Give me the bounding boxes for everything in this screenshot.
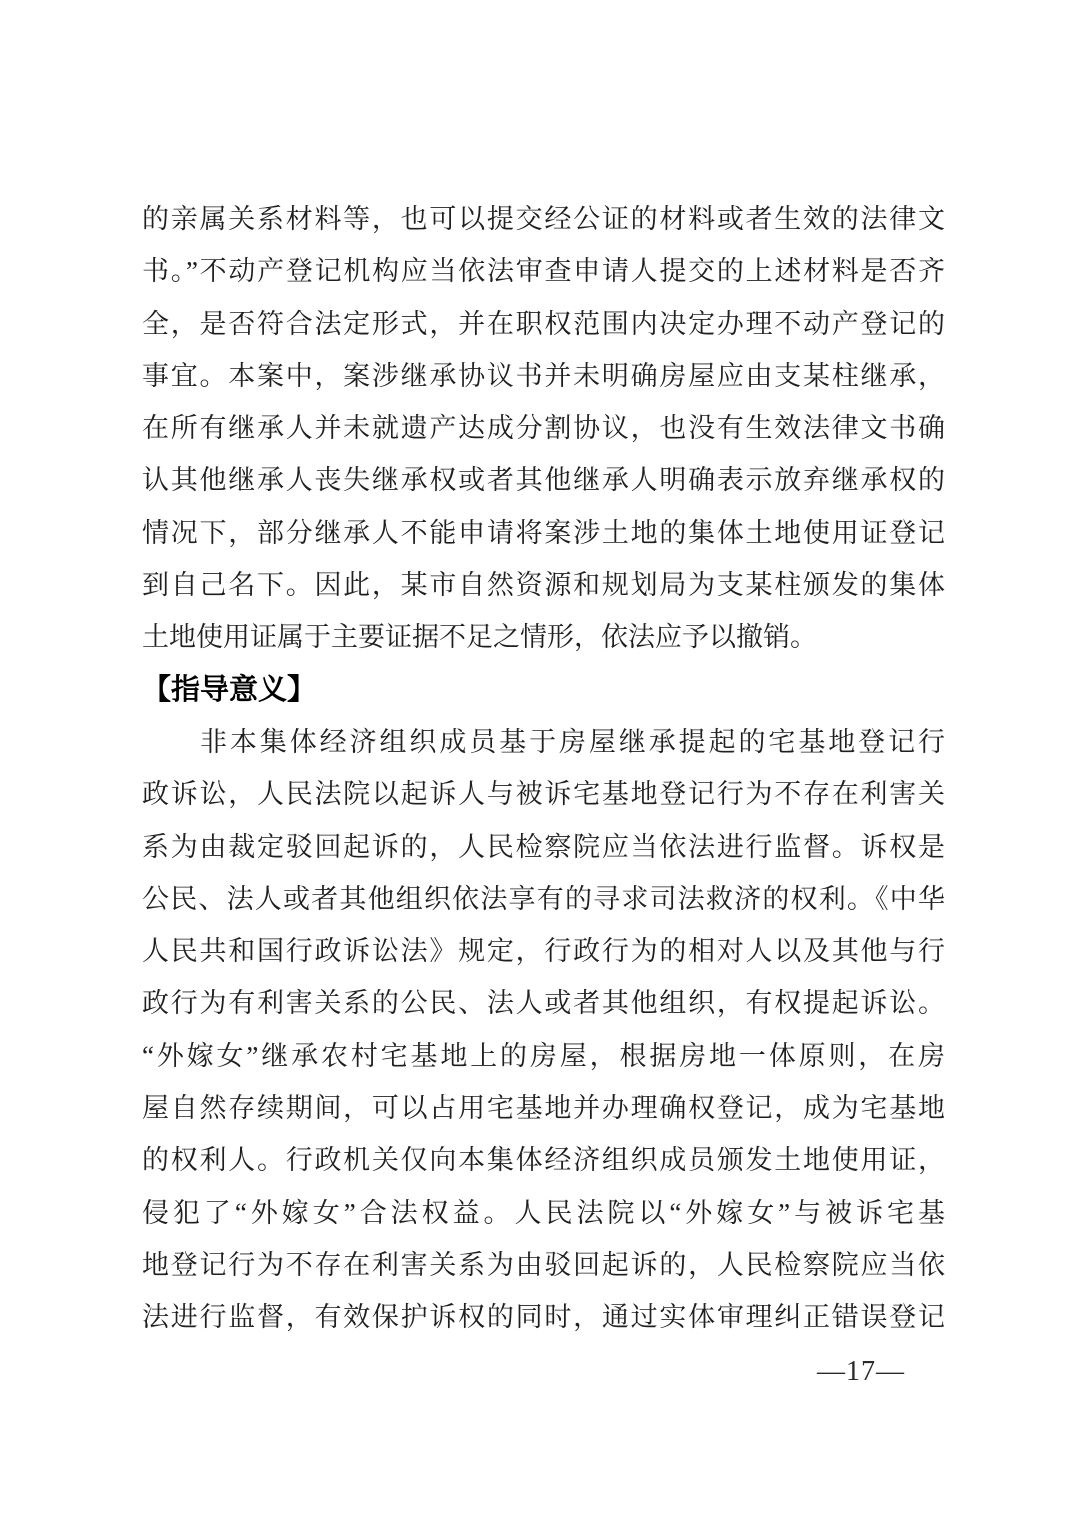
- text-line: 公民、法人或者其他组织依法享有的寻求司法救济的权利。《中华: [142, 873, 945, 925]
- text-line: 认其他继承人丧失继承权或者其他继承人明确表示放弃继承权的: [142, 454, 945, 506]
- text-line: 侵犯了“外嫁女”合法权益。人民法院以“外嫁女”与被诉宅基: [142, 1187, 945, 1239]
- text-line: 土地使用证属于主要证据不足之情形，依法应予以撤销。: [142, 611, 945, 663]
- paragraph-continuation: 的亲属关系材料等，也可以提交经公证的材料或者生效的法律文 书。”不动产登记机构应…: [142, 193, 945, 664]
- text-line: 情况下，部分继承人不能申请将案涉土地的集体土地使用证登记: [142, 507, 945, 559]
- paragraph-guiding-significance: 非本集体经济组织成员基于房屋继承提起的宅基地登记行 政诉讼，人民法院以起诉人与被…: [142, 716, 945, 1344]
- text-line: 系为由裁定驳回起诉的，人民检察院应当依法进行监督。诉权是: [142, 821, 945, 873]
- document-page: 的亲属关系材料等，也可以提交经公证的材料或者生效的法律文 书。”不动产登记机构应…: [0, 0, 1074, 1520]
- text-line: 法进行监督，有效保护诉权的同时，通过实体审理纠正错误登记: [142, 1291, 945, 1343]
- text-line: 到自己名下。因此，某市自然资源和规划局为支某柱颁发的集体: [142, 559, 945, 611]
- text-line: 在所有继承人并未就遗产达成分割协议，也没有生效法律文书确: [142, 402, 945, 454]
- text-line: 书。”不动产登记机构应当依法审查申请人提交的上述材料是否齐: [142, 245, 945, 297]
- text-line: 非本集体经济组织成员基于房屋继承提起的宅基地登记行: [142, 716, 945, 768]
- text-line: 政诉讼，人民法院以起诉人与被诉宅基地登记行为不存在利害关: [142, 768, 945, 820]
- section-heading-guiding-significance: 【指导意义】: [142, 664, 945, 716]
- text-block: 的亲属关系材料等，也可以提交经公证的材料或者生效的法律文 书。”不动产登记机构应…: [142, 193, 945, 1344]
- text-line: 全，是否符合法定形式，并在职权范围内决定办理不动产登记的: [142, 298, 945, 350]
- text-line: 人民共和国行政诉讼法》规定，行政行为的相对人以及其他与行: [142, 925, 945, 977]
- text-line: 地登记行为不存在利害关系为由驳回起诉的，人民检察院应当依: [142, 1239, 945, 1291]
- text-line: 的亲属关系材料等，也可以提交经公证的材料或者生效的法律文: [142, 193, 945, 245]
- text-line: “外嫁女”继承农村宅基地上的房屋，根据房地一体原则，在房: [142, 1030, 945, 1082]
- page-number: —17—: [817, 1352, 905, 1392]
- text-line: 事宜。本案中，案涉继承协议书并未明确房屋应由支某柱继承，: [142, 350, 945, 402]
- text-line: 政行为有利害关系的公民、法人或者其他组织，有权提起诉讼。: [142, 977, 945, 1029]
- text-line: 的权利人。行政机关仅向本集体经济组织成员颁发土地使用证，: [142, 1134, 945, 1186]
- text-line: 屋自然存续期间，可以占用宅基地并办理确权登记，成为宅基地: [142, 1082, 945, 1134]
